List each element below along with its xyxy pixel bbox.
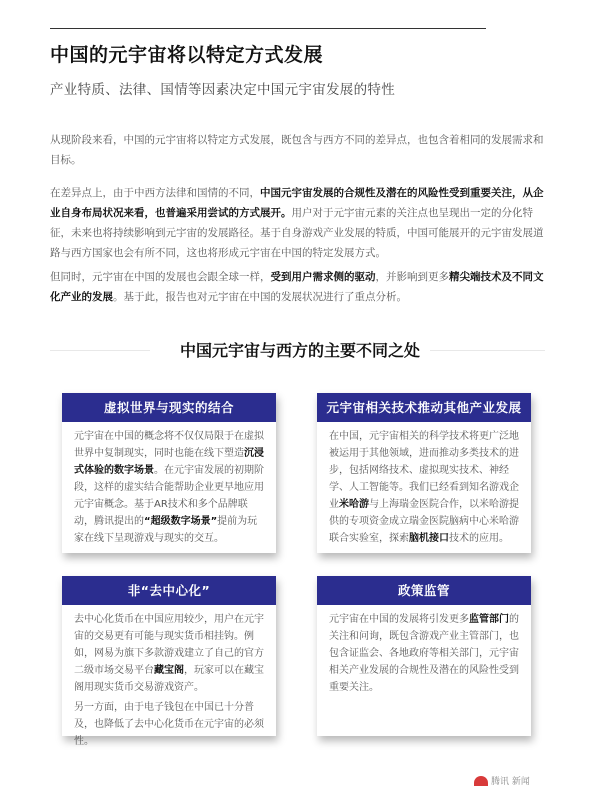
emphasis-text: “超级数字场景” <box>144 516 217 527</box>
card-paragraph: 元宇宙在中国的发展将引发更多监管部门的关注和问询，既包含游戏产业主管部门，也包含… <box>329 611 521 696</box>
card-non-decentralized: 非“去中心化” 去中心化货币在中国应用较少，用户在元宇宙的交易更有可能与现实货币… <box>62 576 276 736</box>
section-line-right <box>430 350 545 351</box>
body-text: 从现阶段来看，中国的元宇宙将以特定方式发展，既包含与西方不同的差异点，也包含着相… <box>50 134 544 166</box>
body-text: 元宇宙在中国的发展将引发更多 <box>329 614 469 625</box>
body-text: 技术的应用。 <box>449 533 509 544</box>
intro-paragraph-3: 但同时，元宇宙在中国的发展也会跟全球一样，受到用户需求侧的驱动，并影响到更多精尖… <box>50 267 550 307</box>
body-text: ，并影响到更多 <box>376 271 450 283</box>
card-paragraph: 另一方面，由于电子钱包在中国已十分普及，也降低了去中心化货币在元宇宙的必须性。 <box>74 699 266 750</box>
card-paragraph: 在中国，元宇宙相关的科学技术将更广泛地被运用于其他领域，进而推动多类技术的进步，… <box>329 428 521 547</box>
emphasis-text: 受到用户需求侧的驱动 <box>271 271 376 283</box>
intro-paragraph-2: 在差异点上，由于中西方法律和国情的不同，中国元宇宙发展的合规性及潜在的风险性受到… <box>50 183 550 263</box>
body-text: 的关注和问询，既包含游戏产业主管部门，也包含证监会、各地政府等相关部门，元宇宙相… <box>329 614 519 693</box>
card-paragraph: 元宇宙在中国的概念将不仅仅局限于在虚拟世界中复制现实，同时也能在线下塑造沉浸式体… <box>74 428 266 547</box>
card-title: 元宇宙相关技术推动其他产业发展 <box>317 393 531 422</box>
body-text: 在差异点上，由于中西方法律和国情的不同， <box>50 187 260 199</box>
body-text: 另一方面，由于电子钱包在中国已十分普及，也降低了去中心化货币在元宇宙的必须性。 <box>74 702 264 747</box>
card-title: 政策监管 <box>317 576 531 605</box>
card-title: 非“去中心化” <box>62 576 276 605</box>
card-body: 元宇宙在中国的发展将引发更多监管部门的关注和问询，既包含游戏产业主管部门，也包含… <box>317 605 531 709</box>
card-body: 在中国，元宇宙相关的科学技术将更广泛地被运用于其他领域，进而推动多类技术的进步，… <box>317 422 531 560</box>
body-text: 。基于此，报告也对元宇宙在中国的发展状况进行了重点分析。 <box>113 291 407 303</box>
brand-logo: 腾讯 新闻 <box>474 774 530 786</box>
brand-text: 腾讯 新闻 <box>491 774 530 786</box>
emphasis-text: 监管部门 <box>469 614 509 625</box>
top-divider <box>50 28 486 29</box>
brand-icon <box>474 776 488 786</box>
page-title: 中国的元宇宙将以特定方式发展 <box>50 40 323 67</box>
body-text: 但同时，元宇宙在中国的发展也会跟全球一样， <box>50 271 271 283</box>
page-subtitle: 产业特质、法律、国情等因素决定中国元宇宙发展的特性 <box>50 78 395 98</box>
card-policy-regulation: 政策监管 元宇宙在中国的发展将引发更多监管部门的关注和问询，既包含游戏产业主管部… <box>317 576 531 736</box>
emphasis-text: 脑机接口 <box>409 533 449 544</box>
body-text: 元宇宙在中国的概念将不仅仅局限于在虚拟世界中复制现实，同时也能在线下塑造 <box>74 431 264 459</box>
emphasis-text: 米哈游 <box>339 499 369 510</box>
card-tech-industry: 元宇宙相关技术推动其他产业发展 在中国，元宇宙相关的科学技术将更广泛地被运用于其… <box>317 393 531 553</box>
emphasis-text: 藏宝阁 <box>154 665 184 676</box>
card-body: 去中心化货币在中国应用较少，用户在元宇宙的交易更有可能与现实货币相挂钩。例如，网… <box>62 605 276 763</box>
intro-paragraph-1: 从现阶段来看，中国的元宇宙将以特定方式发展，既包含与西方不同的差异点，也包含着相… <box>50 130 550 170</box>
card-virtual-real: 虚拟世界与现实的结合 元宇宙在中国的概念将不仅仅局限于在虚拟世界中复制现实，同时… <box>62 393 276 553</box>
card-title: 虚拟世界与现实的结合 <box>62 393 276 422</box>
card-paragraph: 去中心化货币在中国应用较少，用户在元宇宙的交易更有可能与现实货币相挂钩。例如，网… <box>74 611 266 696</box>
card-body: 元宇宙在中国的概念将不仅仅局限于在虚拟世界中复制现实，同时也能在线下塑造沉浸式体… <box>62 422 276 560</box>
